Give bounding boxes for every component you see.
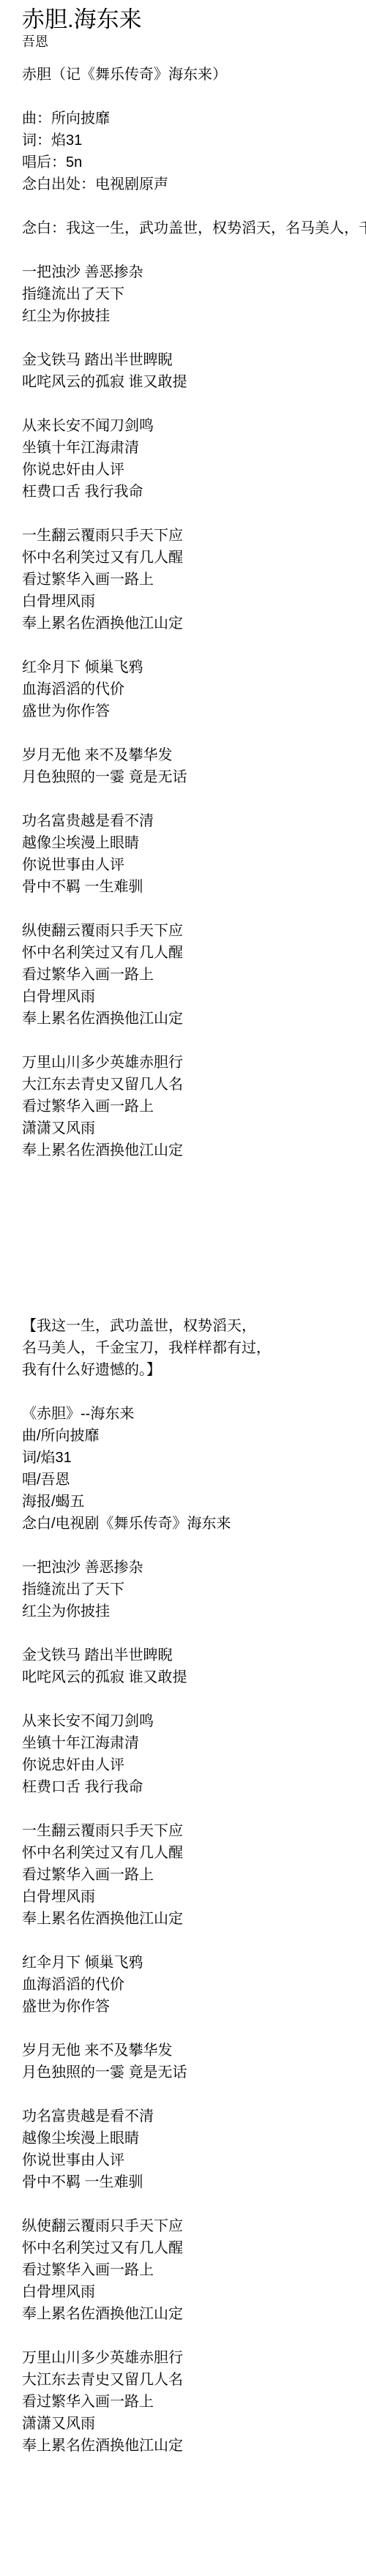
lyric-line: 万里山川多少英雄赤胆行 xyxy=(22,1052,366,1074)
lyric-line xyxy=(22,1293,366,1315)
lyric-line: 金戈铁马 踏出半世睥睨 xyxy=(22,349,366,371)
lyric-line: 曲/所向披靡 xyxy=(22,1425,366,1447)
lyric-line: 岁月无他 来不及攀华发 xyxy=(22,744,366,766)
lyric-line: 奉上累名佐酒换他江山定 xyxy=(22,2303,366,2325)
lyric-line: 你说世事由人评 xyxy=(22,854,366,876)
lyric-line: 你说忠奸由人评 xyxy=(22,1754,366,1776)
lyric-line xyxy=(22,634,366,656)
lyric-line xyxy=(22,1381,366,1403)
lyric-line: 你说忠奸由人评 xyxy=(22,459,366,481)
lyric-line: 坐镇十年江海肃清 xyxy=(22,437,366,459)
lyric-line: 枉费口舌 我行我命 xyxy=(22,481,366,503)
lyric-line: 海报/蝎五 xyxy=(22,1491,366,1513)
lyric-line: 红尘为你披挂 xyxy=(22,1600,366,1622)
lyric-line: 越像尘埃漫上眼睛 xyxy=(22,832,366,854)
lyric-line xyxy=(22,1535,366,1557)
lyric-line: 万里山川多少英雄赤胆行 xyxy=(22,2347,366,2369)
lyric-line: 金戈铁马 踏出半世睥睨 xyxy=(22,1644,366,1666)
lyric-line xyxy=(22,503,366,525)
lyric-line xyxy=(22,2018,366,2040)
lyric-line: 纵使翻云覆雨只手天下应 xyxy=(22,2215,366,2237)
lyric-line: 你说世事由人评 xyxy=(22,2149,366,2171)
lyric-line: 奉上累名佐酒换他江山定 xyxy=(22,2435,366,2457)
lyric-line: 一生翻云覆雨只手天下应 xyxy=(22,1820,366,1842)
lyric-line xyxy=(22,722,366,744)
lyric-line: 岁月无他 来不及攀华发 xyxy=(22,2040,366,2062)
lyric-line: 奉上累名佐酒换他江山定 xyxy=(22,1908,366,1930)
lyric-line: 《赤胆》--海东来 xyxy=(22,1403,366,1425)
lyric-line xyxy=(22,1798,366,1820)
lyric-line: 盛世为你作答 xyxy=(22,700,366,722)
lyric-line xyxy=(22,2325,366,2347)
lyric-line xyxy=(22,1688,366,1710)
lyric-line: 白骨埋风雨 xyxy=(22,1886,366,1908)
lyric-line: 唱/吾恩 xyxy=(22,1469,366,1491)
lyric-line: 指缝流出了天下 xyxy=(22,1579,366,1600)
lyric-line: 纵使翻云覆雨只手天下应 xyxy=(22,920,366,942)
lyric-line: 念白/电视剧《舞乐传奇》海东来 xyxy=(22,1513,366,1535)
lyric-line xyxy=(22,1161,366,1183)
lyric-line xyxy=(22,195,366,217)
lyric-line xyxy=(22,1249,366,1271)
lyric-line: 怀中名利笑过又有几人醒 xyxy=(22,1842,366,1864)
lyric-line: 怀中名利笑过又有几人醒 xyxy=(22,2237,366,2259)
lyric-line: 月色独照的一霎 竟是无话 xyxy=(22,2062,366,2083)
lyric-line xyxy=(22,1183,366,1205)
lyric-line: 白骨埋风雨 xyxy=(22,591,366,613)
lyric-line: 从来长安不闻刀剑鸣 xyxy=(22,1710,366,1732)
lyric-line: 一把浊沙 善恶掺杂 xyxy=(22,1557,366,1579)
lyric-line xyxy=(22,2193,366,2215)
lyric-line: 白骨埋风雨 xyxy=(22,986,366,1008)
lyric-line: 看过繁华入画一路上 xyxy=(22,1864,366,1886)
lyric-line: 枉费口舌 我行我命 xyxy=(22,1776,366,1798)
lyric-line: 功名富贵越是看不清 xyxy=(22,810,366,832)
lyric-line: 红尘为你披挂 xyxy=(22,305,366,327)
lyric-line: 越像尘埃漫上眼睛 xyxy=(22,2127,366,2149)
page-title: 赤胆.海东来 xyxy=(22,6,366,33)
lyric-line: 白骨埋风雨 xyxy=(22,2281,366,2303)
lyric-line xyxy=(22,1030,366,1052)
lyric-line: 奉上累名佐酒换他江山定 xyxy=(22,1008,366,1030)
lyric-line: 大江东去青史又留几人名 xyxy=(22,2369,366,2391)
lyric-line: 看过繁华入画一路上 xyxy=(22,964,366,986)
lyric-line: 曲：所向披靡 xyxy=(22,108,366,130)
lyric-line: 唱后：5n xyxy=(22,151,366,173)
lyric-line xyxy=(22,393,366,415)
lyric-line: 骨中不羁 一生难驯 xyxy=(22,2171,366,2193)
lyric-line: 一生翻云覆雨只手天下应 xyxy=(22,525,366,547)
lyric-line: 功名富贵越是看不清 xyxy=(22,2105,366,2127)
lyric-line: 我有什么好遗憾的。】 xyxy=(22,1359,366,1381)
lyrics-page: 赤胆.海东来 吾恩 赤胆（记《舞乐传奇》海东来）曲：所向披靡词：焰31唱后：5n… xyxy=(0,0,366,2457)
lyric-line xyxy=(22,2083,366,2105)
lyric-line: 骨中不羁 一生难驯 xyxy=(22,876,366,898)
lyric-line: 指缝流出了天下 xyxy=(22,283,366,305)
lyric-line: 名马美人，千金宝刀，我样样都有过， xyxy=(22,1337,366,1359)
lyric-line: 怀中名利笑过又有几人醒 xyxy=(22,547,366,569)
lyric-line: 叱咤风云的孤寂 谁又敢提 xyxy=(22,1666,366,1688)
lyric-line: 看过繁华入画一路上 xyxy=(22,2259,366,2281)
lyric-line: 看过繁华入画一路上 xyxy=(22,2391,366,2413)
lyric-line: 一把浊沙 善恶掺杂 xyxy=(22,261,366,283)
lyric-line: 念白出处：电视剧原声 xyxy=(22,173,366,195)
lyric-line: 大江东去青史又留几人名 xyxy=(22,1074,366,1096)
lyric-line xyxy=(22,1622,366,1644)
lyric-line xyxy=(22,239,366,261)
lyric-line: 词/焰31 xyxy=(22,1447,366,1469)
lyric-line: 怀中名利笑过又有几人醒 xyxy=(22,942,366,964)
lyric-line: 血海滔滔的代价 xyxy=(22,1974,366,1996)
lyric-line: 月色独照的一霎 竟是无话 xyxy=(22,766,366,788)
lyric-line xyxy=(22,898,366,920)
lyric-line xyxy=(22,788,366,810)
lyric-line: 赤胆（记《舞乐传奇》海东来） xyxy=(22,64,366,86)
lyric-line: 奉上累名佐酒换他江山定 xyxy=(22,613,366,634)
lyric-line: 看过繁华入画一路上 xyxy=(22,569,366,591)
lyric-line xyxy=(22,1271,366,1293)
lyric-line: 从来长安不闻刀剑鸣 xyxy=(22,415,366,437)
lyric-line: 坐镇十年江海肃清 xyxy=(22,1732,366,1754)
lyric-line xyxy=(22,1227,366,1249)
lyric-line: 奉上累名佐酒换他江山定 xyxy=(22,1139,366,1161)
lyric-line: 血海滔滔的代价 xyxy=(22,678,366,700)
artist-name: 吾恩 xyxy=(22,34,366,50)
lyric-line: 红伞月下 倾巢飞鸦 xyxy=(22,656,366,678)
lyric-line: 盛世为你作答 xyxy=(22,1996,366,2018)
lyric-line xyxy=(22,327,366,349)
lyric-line: 念白：我这一生，武功盖世，权势滔天，名马美人，千金宝刀，我样样都有过，我有什么好… xyxy=(22,217,366,239)
lyric-line: 【我这一生，武功盖世，权势滔天， xyxy=(22,1315,366,1337)
lyric-line xyxy=(22,86,366,108)
lyrics-body: 赤胆（记《舞乐传奇》海东来）曲：所向披靡词：焰31唱后：5n念白出处：电视剧原声… xyxy=(22,64,366,2457)
lyric-line: 潇潇又风雨 xyxy=(22,1117,366,1139)
lyric-line: 词：焰31 xyxy=(22,130,366,151)
lyric-line: 潇潇又风雨 xyxy=(22,2413,366,2435)
lyric-line xyxy=(22,1930,366,1952)
lyric-line: 红伞月下 倾巢飞鸦 xyxy=(22,1952,366,1974)
lyric-line xyxy=(22,1205,366,1227)
lyric-line: 看过繁华入画一路上 xyxy=(22,1096,366,1117)
lyric-line: 叱咤风云的孤寂 谁又敢提 xyxy=(22,371,366,393)
